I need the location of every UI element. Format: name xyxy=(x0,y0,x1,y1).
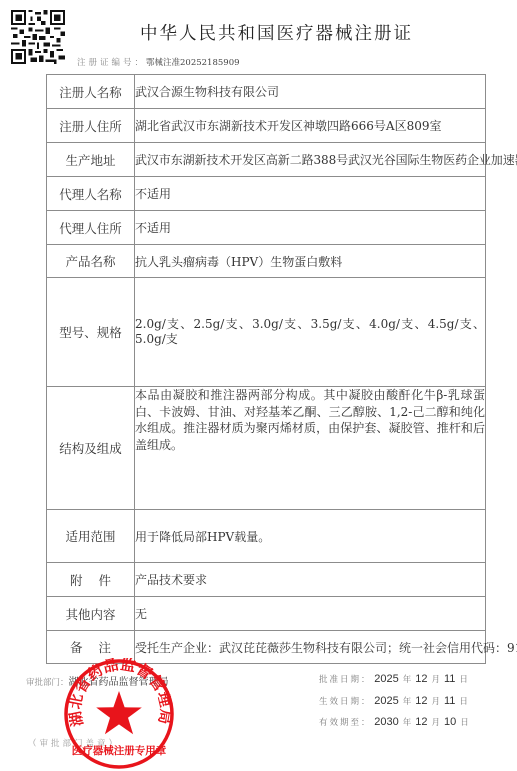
date-day: 11 xyxy=(444,673,455,685)
structure-composition: 本品由凝胶和推注器两部分构成。其中凝胶由酸酐化牛β-乳球蛋白、卡波姆、甘油、对羟… xyxy=(135,387,486,510)
other-content: 无 xyxy=(135,597,486,631)
row-label: 型号、规格 xyxy=(47,278,135,387)
official-seal-icon: 湖北省药品监督管理局 医疗器械注册专用章 xyxy=(63,658,175,770)
date-label: 有效期至： xyxy=(319,718,372,728)
unit-month: 月 xyxy=(431,697,440,707)
table-row: 产品名称 抗人乳头瘤病毒（HPV）生物蛋白敷料 xyxy=(47,245,486,278)
unit-day: 日 xyxy=(460,718,469,728)
table-row: 注册人名称 武汉合源生物科技有限公司 xyxy=(47,75,486,109)
unit-month: 月 xyxy=(431,675,440,685)
table-row: 其他内容 无 xyxy=(47,597,486,631)
remarks: 受托生产企业：武汉芘芘薇莎生物科技有限公司；统一社会信用代码：914201000… xyxy=(135,631,486,664)
date-label: 生效日期： xyxy=(319,697,372,707)
dates-block: 批准日期： 2025年12月11日 生效日期： 2025年12月11日 有效期至… xyxy=(319,673,473,738)
date-day: 10 xyxy=(444,716,456,728)
table-row: 适用范围 用于降低局部HPV载量。 xyxy=(47,510,486,563)
row-label: 生产地址 xyxy=(47,143,135,177)
table-row: 型号、规格 2.0g/支、2.5g/支、3.0g/支、3.5g/支、4.0g/支… xyxy=(47,278,486,387)
agent-address: 不适用 xyxy=(135,211,486,245)
table-row: 代理人名称 不适用 xyxy=(47,177,486,211)
attachment: 产品技术要求 xyxy=(135,563,486,597)
row-label: 其他内容 xyxy=(47,597,135,631)
date-day: 11 xyxy=(444,695,455,707)
document-title: 中华人民共和国医疗器械注册证 xyxy=(140,20,413,45)
seal-inner-text: 医疗器械注册专用章 xyxy=(72,744,167,757)
table-row: 结构及组成 本品由凝胶和推注器两部分构成。其中凝胶由酸酐化牛β-乳球蛋白、卡波姆… xyxy=(47,387,486,510)
unit-year: 年 xyxy=(403,718,412,728)
row-label: 代理人住所 xyxy=(47,211,135,245)
row-label: 产品名称 xyxy=(47,245,135,278)
row-label: 代理人名称 xyxy=(47,177,135,211)
date-month: 12 xyxy=(415,673,427,685)
expiry-date: 有效期至： 2030年12月10日 xyxy=(319,716,473,738)
unit-day: 日 xyxy=(459,675,468,685)
registration-number-label: 注册证编号： xyxy=(77,58,146,68)
registration-number: 注册证编号：鄂械注准20252185909 xyxy=(77,56,240,68)
table-row: 注册人住所 湖北省武汉市东湖新技术开发区神墩四路666号A区809室 xyxy=(47,109,486,143)
model-specification: 2.0g/支、2.5g/支、3.0g/支、3.5g/支、4.0g/支、4.5g/… xyxy=(135,278,486,387)
registrant-address: 湖北省武汉市东湖新技术开发区神墩四路666号A区809室 xyxy=(135,109,486,143)
row-label: 适用范围 xyxy=(47,510,135,563)
registration-number-value: 鄂械注准20252185909 xyxy=(146,58,240,68)
row-label: 附 件 xyxy=(47,563,135,597)
date-label: 批准日期： xyxy=(319,675,372,685)
certificate-table: 注册人名称 武汉合源生物科技有限公司 注册人住所 湖北省武汉市东湖新技术开发区神… xyxy=(46,74,486,664)
table-row: 生产地址 武汉市东湖新技术开发区高新二路388号武汉光谷国际生物医药企业加速器L… xyxy=(47,143,486,177)
table-row: 代理人住所 不适用 xyxy=(47,211,486,245)
row-label: 注册人名称 xyxy=(47,75,135,109)
qr-code-icon xyxy=(10,10,66,64)
row-label: 结构及组成 xyxy=(47,387,135,510)
date-month: 12 xyxy=(415,695,427,707)
registrant-name: 武汉合源生物科技有限公司 xyxy=(135,75,486,109)
agent-name: 不适用 xyxy=(135,177,486,211)
row-label: 注册人住所 xyxy=(47,109,135,143)
production-address: 武汉市东湖新技术开发区高新二路388号武汉光谷国际生物医药企业加速器L.2期第1… xyxy=(135,143,486,177)
product-name: 抗人乳头瘤病毒（HPV）生物蛋白敷料 xyxy=(135,245,486,278)
unit-year: 年 xyxy=(403,697,412,707)
date-year: 2030 xyxy=(374,716,398,728)
date-month: 12 xyxy=(415,716,427,728)
approval-date: 批准日期： 2025年12月11日 xyxy=(319,673,473,695)
unit-day: 日 xyxy=(459,697,468,707)
table-row: 附 件 产品技术要求 xyxy=(47,563,486,597)
date-year: 2025 xyxy=(374,673,398,685)
scope-of-application: 用于降低局部HPV载量。 xyxy=(135,510,486,563)
effective-date: 生效日期： 2025年12月11日 xyxy=(319,695,473,717)
unit-month: 月 xyxy=(431,718,440,728)
date-year: 2025 xyxy=(374,695,398,707)
unit-year: 年 xyxy=(403,675,412,685)
